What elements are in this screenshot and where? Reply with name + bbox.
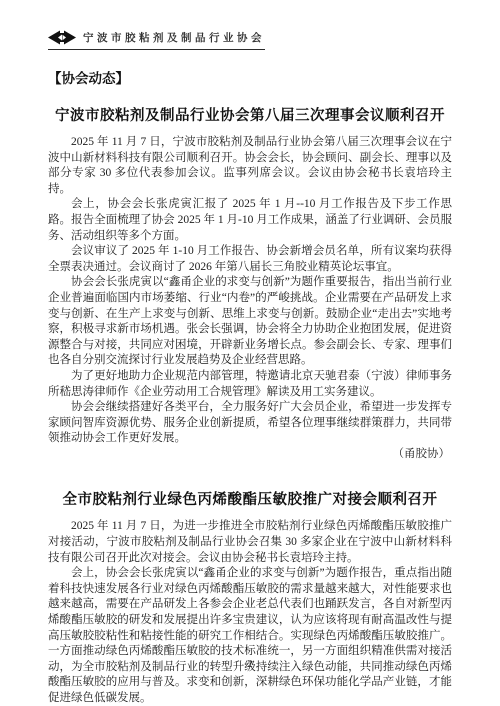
article-1-title: 宁波市胶粘剂及制品行业协会第八届三次理事会议顺利召开 xyxy=(48,104,452,125)
article-1-paragraph: 为了更好地助力企业规范内部管理，特邀请北京天驰君泰（宁波）律师事务所嵇思涛律师作… xyxy=(48,369,452,400)
section-label: 【协会动态】 xyxy=(48,67,452,87)
org-name: 宁波市胶粘剂及制品行业协会 xyxy=(83,30,265,45)
article-2-paragraph: 2025 年 11 月 7 日，为进一步推进全市胶粘剂行业绿色丙烯酸酯压敏胶推广… xyxy=(48,519,452,566)
document-page: 宁波市胶粘剂及制品行业协会 【协会动态】 宁波市胶粘剂及制品行业协会第八届三次理… xyxy=(0,0,500,706)
article-1-paragraph: 协会会长张虎寅以“鑫甬企业的求变与创新”为题作重要报告，指出当前行业企业普遍面临… xyxy=(48,275,452,369)
article-1-body: 2025 年 11 月 7 日，宁波市胶粘剂及制品行业协会第八届三次理事会议在宁… xyxy=(48,135,452,447)
article-2-title: 全市胶粘剂行业绿色丙烯酸酯压敏胶推广对接会顺利召开 xyxy=(48,488,452,509)
page-number: 2 xyxy=(0,658,500,670)
article-1-paragraph: 会上，协会会长张虎寅汇报了 2025 年 1 月--10 月工作报告及下步工作思… xyxy=(48,197,452,244)
article-1-byline: （甬胶协） xyxy=(48,447,452,463)
article-1-paragraph: 协会会继续搭建好各类平台，全力服务好广大会员企业，希望进一步发挥专家顾问智库资源… xyxy=(48,400,452,447)
article-1-paragraph: 会议审议了 2025 年 1-10 月工作报告、协会新增会员名单，所有议案均获得… xyxy=(48,244,452,275)
article-1-paragraph: 2025 年 11 月 7 日，宁波市胶粘剂及制品行业协会第八届三次理事会议在宁… xyxy=(48,135,452,197)
article-2-body: 2025 年 11 月 7 日，为进一步推进全市胶粘剂行业绿色丙烯酸酯压敏胶推广… xyxy=(48,519,452,706)
association-logo-icon xyxy=(48,30,76,45)
article-2-paragraph: 会上，协会会长张虎寅以“鑫甬企业的求变与创新”为题作报告，重点指出随着科技快速发… xyxy=(48,566,452,706)
page-header: 宁波市胶粘剂及制品行业协会 xyxy=(48,30,265,50)
